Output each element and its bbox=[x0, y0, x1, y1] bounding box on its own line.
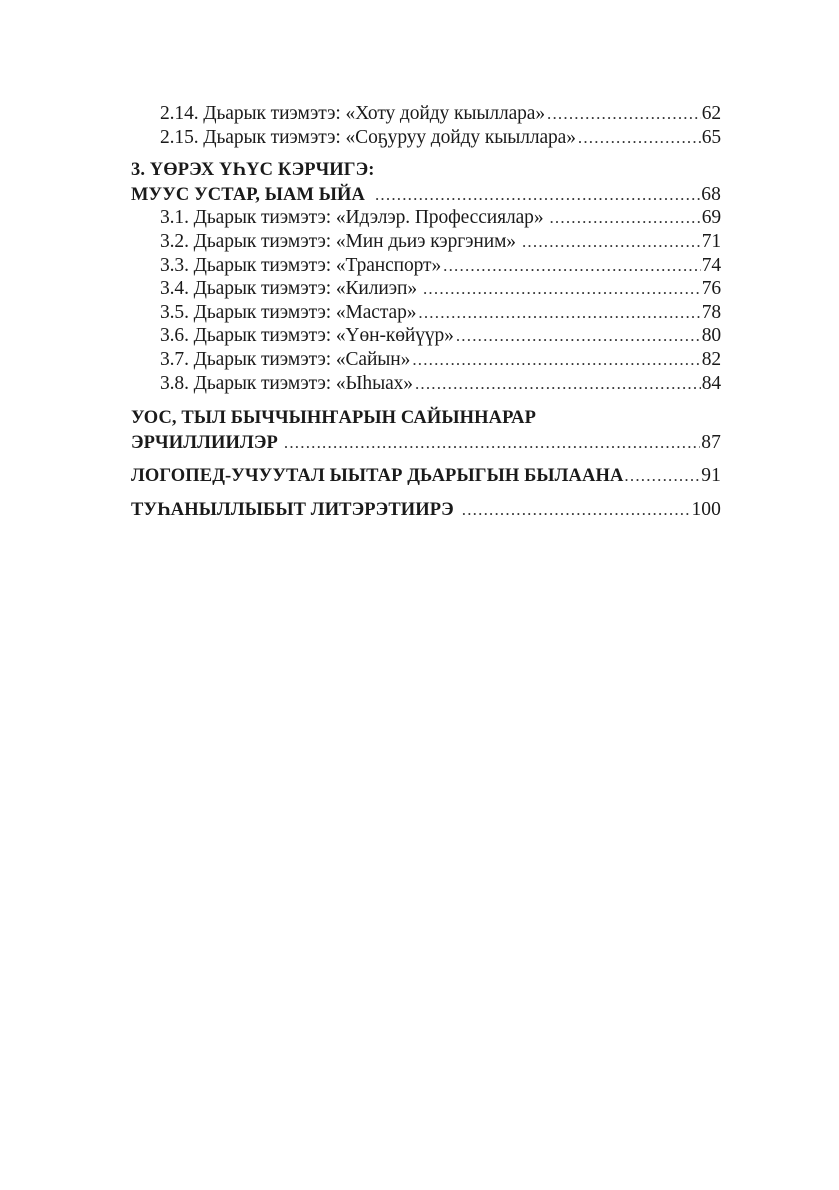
toc-entry-number: 2.15. bbox=[160, 126, 199, 150]
toc-entry-page: 91 bbox=[701, 464, 721, 488]
toc-entry-title: Дьарык тиэмэтэ: «Мастар» bbox=[194, 301, 417, 325]
section-3-heading-line1[interactable]: 3. ҮӨРЭХ ҮҺҮС КЭРЧИГЭ: bbox=[131, 159, 721, 183]
spacer bbox=[131, 149, 721, 159]
toc-entry-3-5[interactable]: 3.5. Дьарык тиэмэтэ: «Мастар» 78 bbox=[131, 301, 721, 325]
toc-entry-3-3[interactable]: 3.3. Дьарык тиэмэтэ: «Транспорт» 74 bbox=[131, 254, 721, 278]
dot-leader bbox=[375, 183, 700, 207]
logoped-plan-heading[interactable]: ЛОГОПЕД-УЧУУТАЛ ЫЫТАР ДЬАРЫГЫН БЫЛААНА 9… bbox=[131, 464, 721, 488]
toc-entry-page: 74 bbox=[702, 254, 721, 278]
toc-entry-page: 82 bbox=[702, 348, 721, 372]
toc-entry-page: 100 bbox=[691, 498, 721, 522]
dot-leader bbox=[522, 230, 701, 254]
toc-heading-title: МУУС УСТАР, ЫАМ ЫЙА bbox=[131, 184, 365, 207]
toc-heading-title: ТУҺАНЫЛЛЫБЫТ ЛИТЭРЭТИИРЭ bbox=[131, 499, 454, 522]
toc-entry-title: Дьарык тиэмэтэ: «Килиэп» bbox=[194, 277, 417, 301]
toc-entry-3-6[interactable]: 3.6. Дьарык тиэмэтэ: «Үөн-көйүүр» 80 bbox=[131, 324, 721, 348]
toc-entry-3-2[interactable]: 3.2. Дьарык тиэмэтэ: «Мин дьиэ кэргэним»… bbox=[131, 230, 721, 254]
recommendations-heading-line1[interactable]: УОС, ТЫЛ БЫЧЧЫНҤАРЫН САЙЫННАРАР bbox=[131, 407, 721, 431]
toc-entry-page: 65 bbox=[702, 126, 721, 150]
toc-entry-title: Дьарык тиэмэтэ: «Ыһыах» bbox=[194, 372, 413, 396]
dot-leader bbox=[456, 324, 701, 348]
toc-entry-3-7[interactable]: 3.7. Дьарык тиэмэтэ: «Сайын» 82 bbox=[131, 348, 721, 372]
toc-entry-page: 84 bbox=[702, 372, 721, 396]
toc-entry-page: 68 bbox=[701, 183, 721, 207]
toc-entry-title: Дьарык тиэмэтэ: «Үөн-көйүүр» bbox=[194, 324, 454, 348]
dot-leader bbox=[624, 464, 700, 488]
recommendations-heading-line2[interactable]: ЭРЧИЛЛИИЛЭР 87 bbox=[131, 431, 721, 455]
toc-entry-page: 80 bbox=[702, 324, 721, 348]
toc-entry-3-4[interactable]: 3.4. Дьарык тиэмэтэ: «Килиэп» 76 bbox=[131, 277, 721, 301]
dot-leader bbox=[547, 102, 701, 126]
dot-leader bbox=[578, 126, 701, 150]
toc-entry-2-14[interactable]: 2.14. Дьарык тиэмэтэ: «Хоту дойду кыылла… bbox=[131, 102, 721, 126]
toc-entry-page: 76 bbox=[702, 277, 721, 301]
dot-leader bbox=[462, 498, 691, 522]
toc-entry-number: 2.14. bbox=[160, 102, 199, 126]
toc-entry-title: Дьарык тиэмэтэ: «Соҕуруу дойду кыыллара» bbox=[203, 126, 576, 150]
toc-entry-title: Дьарык тиэмэтэ: «Мин дьиэ кэргэним» bbox=[194, 230, 516, 254]
dot-leader bbox=[415, 372, 701, 396]
spacer bbox=[131, 395, 721, 407]
toc-entry-page: 62 bbox=[702, 102, 721, 126]
toc-heading-title: ЭРЧИЛЛИИЛЭР bbox=[131, 432, 278, 455]
dot-leader bbox=[412, 348, 700, 372]
dot-leader bbox=[418, 301, 700, 325]
toc-entry-number: 3.6. bbox=[160, 324, 189, 348]
toc-entry-title: Дьарык тиэмэтэ: «Идэлэр. Профессиялар» bbox=[194, 206, 544, 230]
table-of-contents: 2.14. Дьарык тиэмэтэ: «Хоту дойду кыылла… bbox=[131, 102, 721, 522]
toc-entry-number: 3.3. bbox=[160, 254, 189, 278]
toc-entry-number: 3.7. bbox=[160, 348, 189, 372]
dot-leader bbox=[423, 277, 701, 301]
toc-entry-number: 3.2. bbox=[160, 230, 189, 254]
toc-entry-page: 69 bbox=[702, 206, 721, 230]
toc-entry-title: Дьарык тиэмэтэ: «Транспорт» bbox=[194, 254, 442, 278]
toc-entry-page: 87 bbox=[701, 431, 721, 455]
toc-entry-number: 3.8. bbox=[160, 372, 189, 396]
toc-entry-title: Дьарык тиэмэтэ: «Сайын» bbox=[194, 348, 411, 372]
dot-leader bbox=[443, 254, 701, 278]
spacer bbox=[131, 454, 721, 464]
toc-entry-title: Дьарык тиэмэтэ: «Хоту дойду кыыллара» bbox=[203, 102, 545, 126]
spacer bbox=[131, 488, 721, 498]
toc-entry-number: 3.5. bbox=[160, 301, 189, 325]
toc-entry-page: 71 bbox=[702, 230, 721, 254]
toc-entry-page: 78 bbox=[702, 301, 721, 325]
toc-heading-title: ЛОГОПЕД-УЧУУТАЛ ЫЫТАР ДЬАРЫГЫН БЫЛААНА bbox=[131, 465, 623, 488]
section-3-heading-line2[interactable]: МУУС УСТАР, ЫАМ ЫЙА 68 bbox=[131, 183, 721, 207]
toc-entry-3-1[interactable]: 3.1. Дьарык тиэмэтэ: «Идэлэр. Профессиял… bbox=[131, 206, 721, 230]
toc-entry-number: 3.1. bbox=[160, 206, 189, 230]
dot-leader bbox=[549, 206, 700, 230]
toc-entry-number: 3.4. bbox=[160, 277, 189, 301]
toc-entry-3-8[interactable]: 3.8. Дьарык тиэмэтэ: «Ыһыах» 84 bbox=[131, 372, 721, 396]
toc-entry-2-15[interactable]: 2.15. Дьарык тиэмэтэ: «Соҕуруу дойду кыы… bbox=[131, 126, 721, 150]
literature-heading[interactable]: ТУҺАНЫЛЛЫБЫТ ЛИТЭРЭТИИРЭ 100 bbox=[131, 498, 721, 522]
dot-leader bbox=[284, 431, 700, 455]
